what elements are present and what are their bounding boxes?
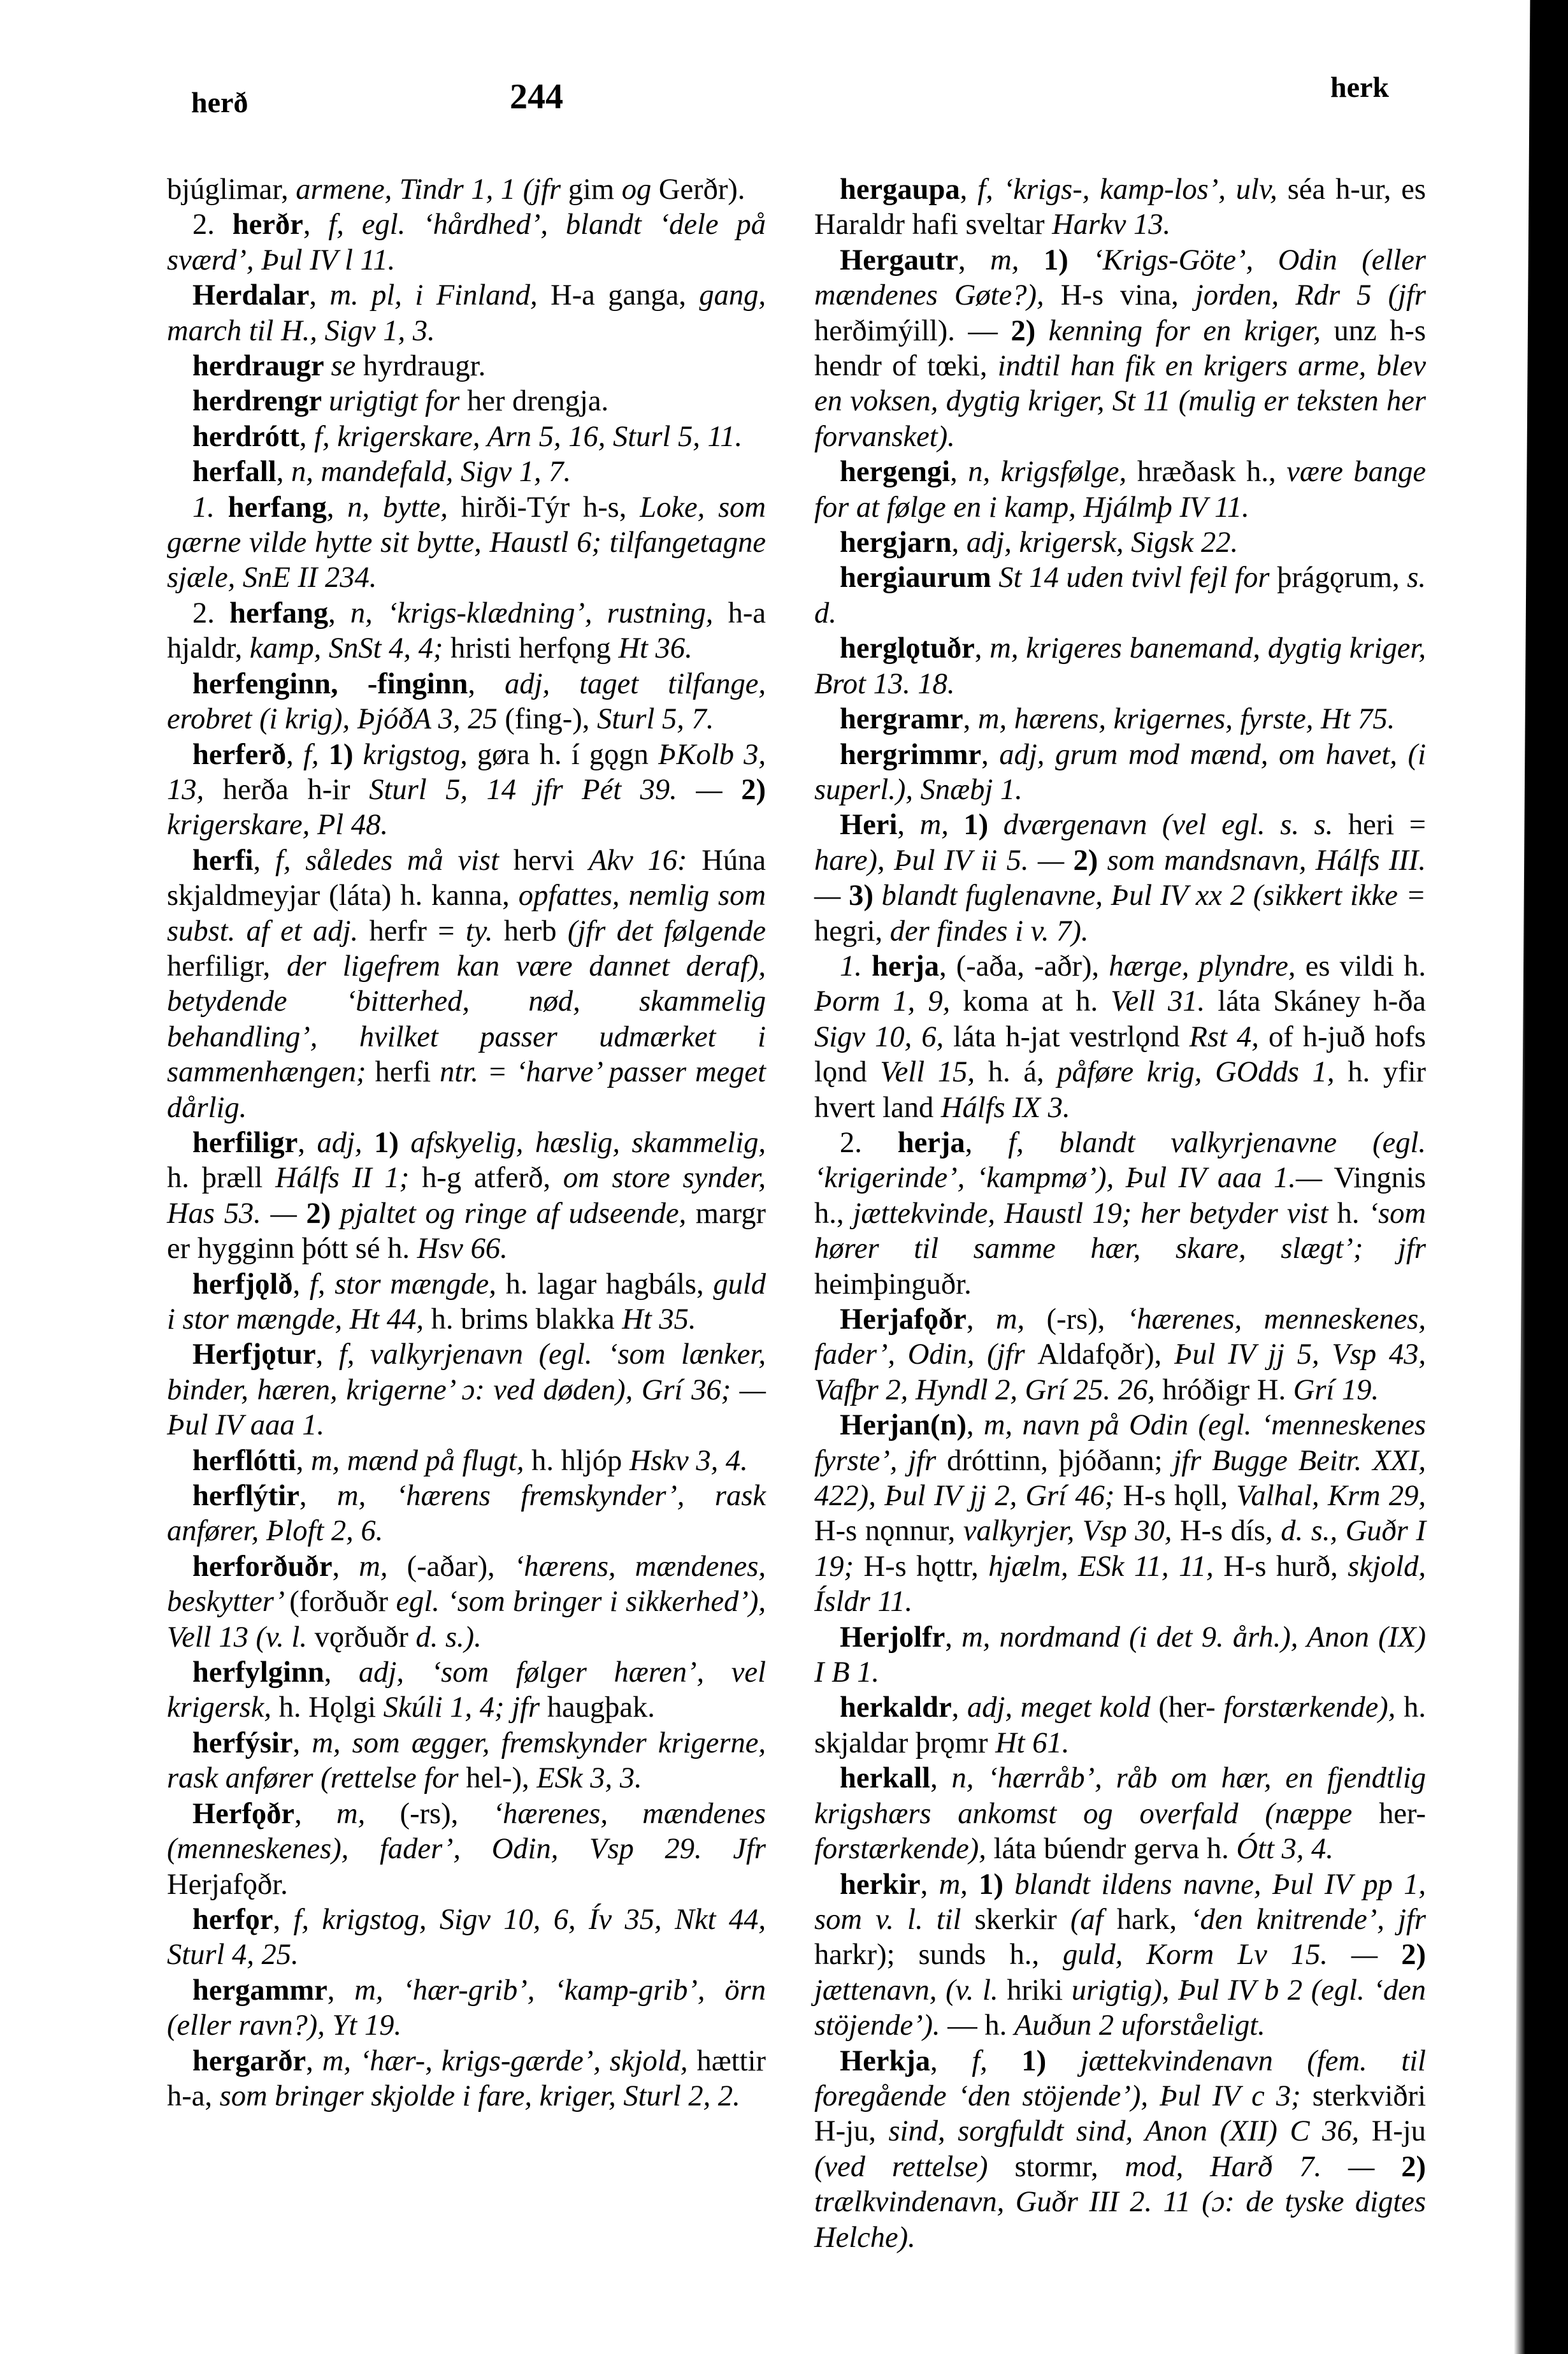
roman-text: , [298,1127,317,1159]
italic-gloss: Harkv 13. [1052,208,1170,241]
italic-gloss: Vell 15, [880,1056,988,1088]
roman-text: , [333,1550,359,1583]
roman-text: skerkir [975,1903,1070,1936]
roman-text: hyrdraugr. [363,350,486,382]
roman-text: , [303,208,329,241]
italic-gloss: Skúli 1, 4; jfr [384,1691,547,1724]
italic-gloss: kenning for en kriger, [1049,315,1334,347]
roman-text: es vildi h. [1305,950,1426,983]
roman-text: , [327,1974,355,2007]
italic-gloss: Auðun 2 uforståeligt. [1014,2009,1265,2042]
roman-text: , [930,1762,951,1794]
roman-text: , [273,1903,294,1936]
roman-text: herfi [375,1056,440,1088]
italic-gloss: Valhal, Krm 29, [1236,1480,1426,1512]
headword: herglǫtuðr [840,632,975,665]
roman-text: hel-), [466,1762,536,1794]
roman-text: hegri, [814,915,890,948]
headword: 1) [979,1868,1014,1901]
headword: herfylginn [192,1656,324,1689]
headword: hergammr [192,1974,327,2007]
italic-gloss: ‘den knitrende’, jfr [1190,1903,1426,1936]
headword: herdraugr [192,350,331,382]
dictionary-entry: herdraugr se hyrdraugr. [167,349,766,384]
italic-gloss: f, stor mængde, [310,1268,506,1301]
roman-text: , [293,1727,312,1759]
italic-gloss: som bringer skjolde i fare, kriger, Stur… [220,2080,740,2112]
dictionary-entry: herfiligr, adj, 1) afskyelig, hæslig, sk… [167,1125,766,1267]
italic-gloss: 1. [840,950,872,983]
italic-gloss: Hskv 3, 4. [629,1445,748,1477]
italic-gloss: trælkvindenavn, Guðr III 2. 11 (ɔ: de ty… [814,2186,1426,2253]
roman-text: láta h-jat vestrlǫnd [953,1021,1189,1053]
scanned-page-edge [1514,0,1568,2354]
italic-gloss: Hsv 66. [417,1232,508,1265]
italic-gloss: ESk 3, 3. [536,1762,642,1794]
italic-gloss: jorden, Rdr 5 (jfr [1195,279,1426,312]
italic-gloss: armene, Tindr 1, 1 (jfr [296,173,568,206]
roman-text: , [286,739,303,771]
headword: herja [872,950,939,983]
italic-gloss: n, krigsfølge, [968,456,1137,488]
italic-gloss: jættekvinde, Haustl 19; her betyder vist [853,1197,1337,1230]
dictionary-entry: hergaupa, f, ‘krigs-, kamp-los’, ulv, sé… [814,172,1426,243]
italic-gloss: f, krigerskare, Arn 5, 16, Sturl 5, 11. [314,421,742,453]
roman-text: láta Skáney h-ða [1218,985,1426,1018]
headword: herferð [192,739,286,771]
italic-gloss: n, bytte, [347,491,461,524]
headword: 1) [1021,2045,1080,2077]
roman-text: hristi herfǫng [450,632,618,665]
italic-gloss: St 14 uden tvivl fejl for [998,561,1277,594]
headword: herðr [233,208,303,241]
headword: Hergautr [840,244,958,277]
italic-gloss: påføre krig, GOdds 1, [1057,1056,1348,1088]
italic-gloss: 1. [192,491,228,524]
roman-text: , [967,1303,996,1336]
page-header: herð 244 herk [191,70,1389,127]
dictionary-entry: Hergautr, m, 1) ‘Krigs-Göte’, Odin (elle… [814,243,1426,454]
roman-text: hriki [1007,1974,1071,2007]
dictionary-entry: 1. herfang, n, bytte, hirði-Týr h-s, Lok… [167,490,766,596]
italic-gloss: m, [359,1550,406,1583]
headword: herfang [228,491,327,524]
roman-text: H-s dís, [1180,1515,1281,1547]
headword: 3) [849,879,882,912]
italic-gloss: n, mandefald, Sigv 1, 7. [291,456,571,488]
roman-text: , [309,279,329,312]
roman-text: h. [1337,1197,1369,1230]
roman-text: h. brims blakka [431,1303,622,1336]
roman-text: H-s nǫnnur, [814,1515,963,1547]
dictionary-entry: herdrengr urigtigt for her drengja. [167,384,766,419]
dictionary-entry: herkaldr, adj, meget kold (her- forstærk… [814,1690,1426,1761]
italic-gloss: m. pl, i Finland, [329,279,550,312]
dictionary-entry: hergengi, n, krigsfølge, hræðask h., vær… [814,454,1426,525]
roman-text: dróttinn, þjóðann; [947,1445,1173,1477]
dictionary-entry: herfjǫlð, f, stor mængde, h. lagar hagbá… [167,1267,766,1338]
headword: 2) [1401,2151,1426,2183]
headword: Herfǫðr [192,1798,294,1830]
dictionary-entry: hergrimmr, adj, grum mod mænd, om havet,… [814,737,1426,808]
italic-gloss: forstærkende), [814,1833,994,1865]
roman-text: , [293,1268,310,1301]
dictionary-entry: hergiaurum St 14 uden tvivl fejl for þrá… [814,560,1426,631]
dictionary-entry: Heri, m, 1) dværgenavn (vel egl. s. s. h… [814,807,1426,949]
headword: herkaldr [840,1691,952,1724]
dictionary-entry: herferð, f, 1) krigstog, gøra h. í gǫgn … [167,737,766,843]
italic-gloss: guld, Korm Lv 15. — [1063,1939,1401,1971]
headword: herfenginn, -finginn [192,668,468,700]
headword: hergjarn [840,526,952,559]
roman-text: hræðask h., [1137,456,1287,488]
headword: Heri [840,809,897,841]
dictionary-entry: 2. herfang, n, ‘krigs-klædning’, rustnin… [167,596,766,667]
headword: 1) [374,1127,410,1159]
dictionary-entry: Herkja, f, 1) jættekvindenavn (fem. til … [814,2044,1426,2255]
roman-text: , [306,2045,322,2077]
roman-text: , [277,456,291,488]
dictionary-entry: Herjolfr, m, nordmand (i det 9. årh.), A… [814,1620,1426,1691]
roman-text: h-g atferð, [422,1162,563,1194]
headword: herfǫr [192,1903,273,1936]
headword: herkir [840,1868,921,1901]
italic-gloss: Hálfs IX 3. [941,1092,1070,1124]
roman-text: , [981,739,999,771]
roman-text: gim [568,173,622,206]
italic-gloss: urigtigt for [329,385,467,417]
roman-text: koma at h. [963,985,1111,1018]
headword: herfjǫlð [192,1268,293,1301]
roman-text: heri = [1348,809,1426,841]
headword: herfall [192,456,277,488]
headword: 2) [1074,844,1107,877]
roman-text: Aldafǫðr), [1037,1338,1174,1371]
italic-gloss: f, [303,739,329,771]
dictionary-entry: herkall, n, ‘hærråb’, råb om hær, en fje… [814,1761,1426,1867]
right-column: hergaupa, f, ‘krigs-, kamp-los’, ulv, sé… [814,172,1426,2255]
roman-text: herfiligr, [167,950,287,983]
roman-text: stormr, [1014,2151,1125,2183]
italic-gloss: (ved rettelse) [814,2151,1014,2183]
dictionary-entry: herdrótt, f, krigerskare, Arn 5, 16, Stu… [167,419,766,454]
roman-text: 2. [192,597,229,630]
italic-gloss: f, således må vist [275,844,514,877]
left-column: bjúglimar, armene, Tindr 1, 1 (jfr gim o… [167,172,766,2114]
roman-text: , [960,173,978,206]
italic-gloss: m, ‘hær-, krigs-gærde’, skjold, [322,2045,697,2077]
roman-text: , [296,1445,311,1477]
headword: herfi [192,844,254,877]
roman-text: (fing-), [505,703,597,735]
headword: 2) [306,1197,340,1230]
roman-text: , [324,1656,359,1689]
headword: 2) [1011,315,1048,347]
headword: hergarðr [192,2045,306,2077]
dictionary-entry: 2. herja, f, blandt valkyrjenavne (egl. … [814,1125,1426,1302]
italic-gloss: f, [972,2045,1021,2077]
headword: herfiligr [192,1127,298,1159]
headword: hergengi [840,456,950,488]
italic-gloss: n, ‘krigs-klædning’, rustning, [350,597,728,630]
headword: Herdalar [192,279,309,312]
italic-gloss: blandt fuglenavne, Þul IV xx 2 (sikkert … [882,879,1426,912]
headword: 1) [329,739,363,771]
italic-gloss: kamp, SnSt 4, 4; [250,632,450,665]
roman-text: — h. [947,2009,1014,2042]
headword: 1) [1044,244,1093,277]
roman-text: h. hljóp [531,1445,629,1477]
italic-gloss: (af [1070,1903,1117,1936]
dictionary-entry: hergammr, m, ‘hær-grib’, ‘kamp-grib’, ör… [167,1973,766,2044]
italic-gloss: Akv 16: [589,844,701,877]
roman-text: (-rs), [400,1798,493,1830]
italic-gloss: Sigv 10, 6, [814,1021,953,1053]
roman-text: H-s vina, [1061,279,1195,312]
italic-gloss: m, [996,1303,1047,1336]
headword: herflýtir [192,1480,299,1512]
headword: hergramr [840,703,963,735]
roman-text: herb [504,915,568,948]
italic-gloss: ty. [466,915,504,948]
roman-text: hark, [1117,1903,1190,1936]
italic-gloss: Rst 4, [1190,1021,1269,1053]
italic-gloss: afskyelig, hæslig, skammelig, [410,1127,766,1159]
italic-gloss: jættenavn, (v. l. [814,1974,1007,2007]
italic-gloss: Sturl 5, 14 jfr Pét 39. — [369,774,741,806]
italic-gloss: m, [939,1868,979,1901]
italic-gloss: pjaltet og ringe af udseende, [340,1197,696,1230]
headword: herfang [229,597,328,630]
headword: 2) [1401,1939,1426,1971]
dictionary-entry: herfall, n, mandefald, Sigv 1, 7. [167,454,766,489]
roman-text: þrágǫrum, [1277,561,1407,594]
roman-text: h. Hǫlgi [279,1691,384,1724]
italic-gloss: hare), Þul IV ii 5. — [814,844,1074,877]
italic-gloss: Ótt 3, 4. [1236,1833,1333,1865]
italic-gloss: f, ‘krigs-, kamp-los’, ulv, [977,173,1288,206]
italic-gloss: adj, [317,1127,374,1159]
roman-text: her drengja. [467,385,608,417]
dictionary-entry: Herfjǫtur, f, valkyrjenavn (egl. ‘som læ… [167,1337,766,1443]
italic-gloss: se [331,350,363,382]
dictionary-entry: herfylginn, adj, ‘som følger hæren’, vel… [167,1655,766,1726]
left-guide-word: herð [191,85,248,119]
roman-text: láta búendr gerva h. [994,1833,1237,1865]
dictionary-entry: Herjafǫðr, m, (-rs), ‘hærenes, mennesken… [814,1302,1426,1408]
dictionary-entry: herforðuðr, m, (-aðar), ‘hærens, mændene… [167,1549,766,1655]
headword: herdrengr [192,385,329,417]
roman-text: , [950,456,968,488]
roman-text: (-rs), [1047,1303,1127,1336]
dictionary-entry: hergarðr, m, ‘hær-, krigs-gærde’, skjold… [167,2044,766,2114]
roman-text: , [958,244,990,277]
headword: Herjolfr [840,1621,945,1654]
headword: herflótti [192,1445,296,1477]
dictionary-entry: hergramr, m, hærens, krigernes, fyrste, … [814,702,1426,737]
roman-text: bjúglimar, [167,173,296,206]
roman-text: h. þræll [167,1162,275,1194]
roman-text: vǫrðuðr [315,1621,416,1654]
roman-text: h. á, [988,1056,1058,1088]
roman-text: , [952,526,967,559]
roman-text: Gerðr). [659,173,745,206]
italic-gloss: adj, meget kold [967,1691,1158,1724]
italic-gloss: hærge, plyndre, [1109,950,1305,983]
roman-text: , [468,668,505,700]
dictionary-entry: herflótti, m, mænd på flugt, h. hljóp Hs… [167,1443,766,1478]
italic-gloss: Þorm 1, 9, [814,985,963,1018]
headword: hergrimmr [840,739,981,771]
italic-gloss: sind, sorgfuldt sind, Anon (XII) C 36, [888,2115,1371,2148]
italic-gloss: mod, Harð 7. — [1125,2151,1402,2183]
roman-text: h. lagar hagbáls, [506,1268,714,1301]
roman-text: , [963,703,978,735]
dictionary-entry: hergjarn, adj, krigersk, Sigsk 22. [814,525,1426,560]
headword: Herfjǫtur [192,1338,316,1371]
roman-text: , [316,1338,339,1371]
italic-gloss: m, mænd på flugt, [311,1445,531,1477]
italic-gloss: hjælm, ESk 11, 11, [988,1550,1223,1583]
headword: herfýsir [192,1727,293,1759]
italic-gloss: krigerskare, Pl 48. [167,809,388,841]
roman-text: herðimýill). — [814,315,1011,347]
dictionary-entry: herfǫr, f, krigstog, Sigv 10, 6, Ív 35, … [167,1902,766,1973]
roman-text: , [328,597,350,630]
roman-text: , [921,1868,939,1901]
italic-gloss: forstærkende), [1223,1691,1404,1724]
roman-text: (-aðar), [407,1550,514,1583]
italic-gloss: d. s.). [415,1621,481,1654]
roman-text: H-s hǫll, [1123,1480,1237,1512]
roman-text: 2. [192,208,233,241]
roman-text: , [965,1127,1009,1159]
roman-text: (her- [1158,1691,1223,1724]
roman-text: Herjafǫðr. [167,1868,288,1901]
roman-text: H-s hǫttr, [864,1550,989,1583]
headword: Herjafǫðr [840,1303,967,1336]
roman-text: H-a ganga, [550,279,699,312]
roman-text: , [975,632,989,665]
italic-gloss: m, hærens, krigernes, fyrste, Ht 75. [978,703,1395,735]
roman-text: (forðuðr [289,1585,396,1618]
headword: herkall [840,1762,930,1794]
headword: hergaupa [840,173,960,206]
headword: Herkja [840,2045,930,2077]
roman-text: her- [1379,1798,1426,1830]
italic-gloss: Ht 61. [995,1727,1069,1759]
headword: herja [898,1127,965,1159]
roman-text: , [945,1621,961,1654]
roman-text: herfr = [370,915,466,948]
italic-gloss: dværgenavn (vel egl. s. s. [1003,809,1348,841]
italic-gloss: Ht 35. [622,1303,696,1336]
roman-text: hervi [514,844,589,877]
italic-gloss: valkyrjer, Vsp 30, [963,1515,1180,1547]
roman-text: , [294,1798,336,1830]
italic-gloss: m, [990,244,1044,277]
roman-text: H-ju [1372,2115,1426,2148]
dictionary-entry: herflýtir, m, ‘hærens fremskynder’, rask… [167,1478,766,1549]
italic-gloss: Hálfs II 1; [275,1162,422,1194]
roman-text: heimþinguðr. [814,1268,972,1301]
headword: Herjan(n) [840,1409,967,1441]
headword: herforðuðr [192,1550,333,1583]
roman-text: , [327,491,347,524]
roman-text: , [952,1691,967,1724]
roman-text: , [897,809,919,841]
headword: herdrótt [192,421,299,453]
roman-text: , (-aða, -aðr), [939,950,1109,983]
dictionary-entry: herglǫtuðr, m, krigeres banemand, dygtig… [814,631,1426,702]
roman-text: , [299,421,314,453]
roman-text: H-s hurð, [1223,1550,1348,1583]
italic-gloss: (jfr det følgende [568,915,766,948]
headword: hergiaurum [840,561,998,594]
headword: 2) [741,774,766,806]
page-number: 244 [510,76,563,117]
roman-text: hirði-Týr h-s, [461,491,640,524]
italic-gloss: Vell 31. [1111,985,1218,1018]
italic-gloss: der findes i v. 7). [890,915,1089,948]
italic-gloss: Ht 36. [618,632,692,665]
italic-gloss: krigstog, [363,739,477,771]
roman-text: 2. [840,1127,898,1159]
dictionary-entry: Herjan(n), m, navn på Odin (egl. ‘mennes… [814,1408,1426,1619]
dictionary-entry: herfýsir, m, som ægger, fremskynder krig… [167,1726,766,1796]
roman-text: harkr); sunds h., [814,1939,1063,1971]
roman-text: , [930,2045,972,2077]
dictionary-entry: 2. herðr, f, egl. ‘hårdhed’, blandt ‘del… [167,207,766,278]
roman-text: haugþak. [547,1691,655,1724]
roman-text: , [299,1480,337,1512]
dictionary-entry: Herfǫðr, m, (-rs), ‘hærenes, mændenes (m… [167,1796,766,1902]
roman-text: , [254,844,275,877]
italic-gloss: Grí 19. [1293,1374,1379,1406]
dictionary-entry: herfenginn, -finginn, adj, taget tilfang… [167,667,766,737]
italic-gloss: og [622,173,659,206]
dictionary-entry: bjúglimar, armene, Tindr 1, 1 (jfr gim o… [167,172,766,207]
italic-gloss: m, [336,1798,400,1830]
dictionary-entry: herkir, m, 1) blandt ildens navne, Þul I… [814,1867,1426,2044]
roman-text: herða h-ir [223,774,370,806]
roman-text: gøra h. í gǫgn [477,739,658,771]
italic-gloss: adj, krigersk, Sigsk 22. [967,526,1238,559]
italic-gloss: Sturl 5, 7. [597,703,714,735]
dictionary-entry: Herdalar, m. pl, i Finland, H-a ganga, g… [167,278,766,349]
dictionary-entry: 1. herja, (-aða, -aðr), hærge, plyndre, … [814,949,1426,1125]
roman-text: hróðigr H. [1162,1374,1293,1406]
roman-text: , [967,1409,984,1441]
dictionary-entry: herfi, f, således må vist hervi Akv 16: … [167,843,766,1125]
headword: 1) [963,809,1003,841]
right-guide-word: herk [1330,70,1389,104]
italic-gloss: m, [920,809,964,841]
